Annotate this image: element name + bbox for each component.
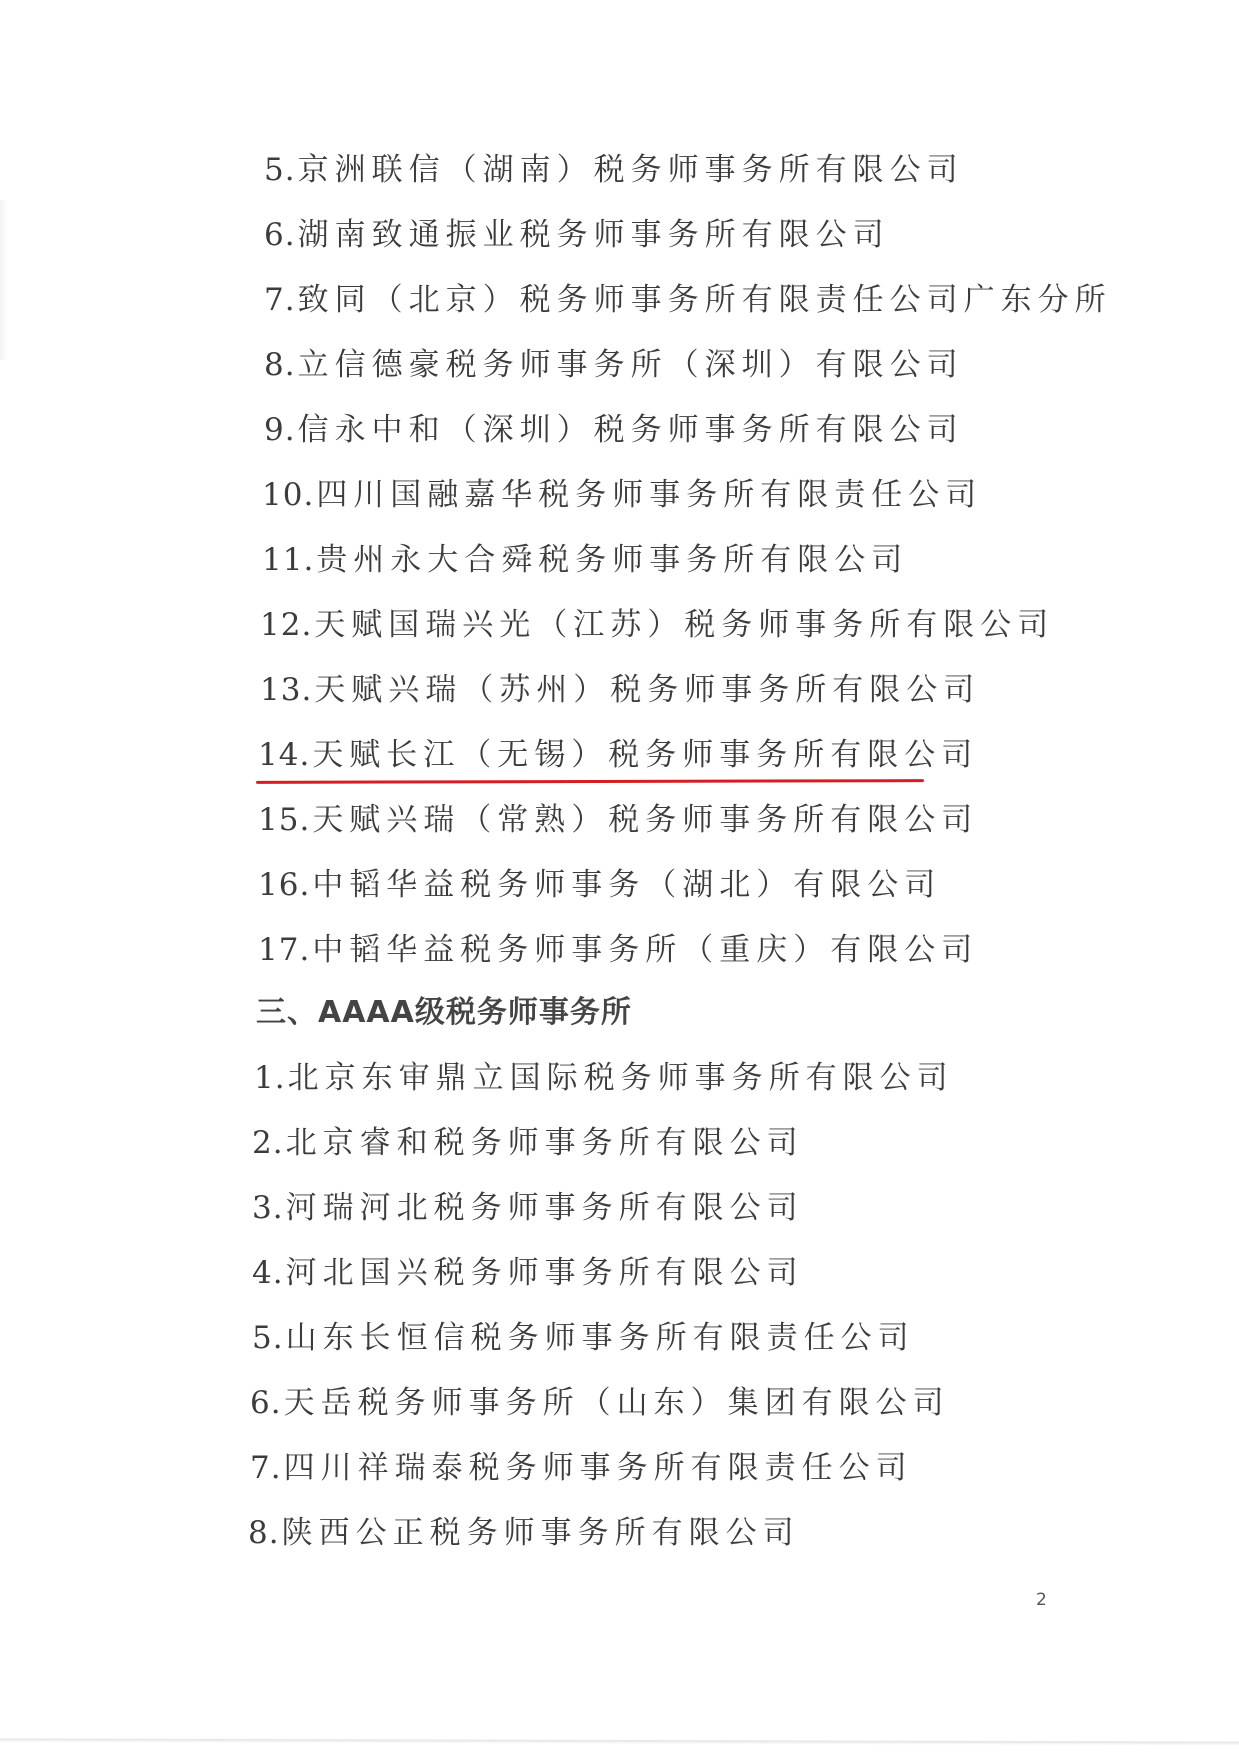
list-item: 17.中韬华益税务师事务所（重庆）有限公司 <box>258 930 978 970</box>
list-item: 2.北京睿和税务师事务所有限公司 <box>252 1123 804 1163</box>
list-item-highlighted: 14.天赋长江（无锡）税务师事务所有限公司 <box>258 735 978 775</box>
list-item: 5.京洲联信（湖南）税务师事务所有限公司 <box>264 150 964 190</box>
list-item: 7.四川祥瑞泰税务师事务所有限责任公司 <box>250 1448 913 1488</box>
list-item: 8.陕西公正税务师事务所有限公司 <box>248 1513 800 1553</box>
scan-edge-shadow <box>0 200 8 360</box>
list-item: 16.中韬华益税务师事务（湖北）有限公司 <box>258 865 941 905</box>
scan-edge-shadow-bottom <box>0 1738 1239 1745</box>
list-item: 1.北京东审鼎立国际税务师事务所有限公司 <box>254 1058 954 1098</box>
list-item: 15.天赋兴瑞（常熟）税务师事务所有限公司 <box>258 800 978 840</box>
list-item: 7.致同（北京）税务师事务所有限责任公司广东分所 <box>264 280 1112 320</box>
list-item: 6.湖南致通振业税务师事务所有限公司 <box>264 215 890 255</box>
list-item: 6.天岳税务师事务所（山东）集团有限公司 <box>250 1383 950 1423</box>
list-item: 10.四川国融嘉华税务师事务所有限责任公司 <box>262 475 982 515</box>
list-item: 8.立信德豪税务师事务所（深圳）有限公司 <box>264 345 964 385</box>
list-item: 4.河北国兴税务师事务所有限公司 <box>252 1253 804 1293</box>
page-number: 2 <box>1036 1590 1047 1610</box>
red-underline-annotation <box>256 779 924 784</box>
section-heading: 三、AAAA级税务师事务所 <box>256 993 632 1033</box>
list-item: 12.天赋国瑞兴光（江苏）税务师事务所有限公司 <box>260 605 1054 645</box>
list-item: 3.河瑞河北税务师事务所有限公司 <box>252 1188 804 1228</box>
list-item: 9.信永中和（深圳）税务师事务所有限公司 <box>264 410 964 450</box>
list-item: 13.天赋兴瑞（苏州）税务师事务所有限公司 <box>260 670 980 710</box>
list-item: 5.山东长恒信税务师事务所有限责任公司 <box>252 1318 915 1358</box>
list-item: 11.贵州永大合舜税务师事务所有限公司 <box>262 540 908 580</box>
